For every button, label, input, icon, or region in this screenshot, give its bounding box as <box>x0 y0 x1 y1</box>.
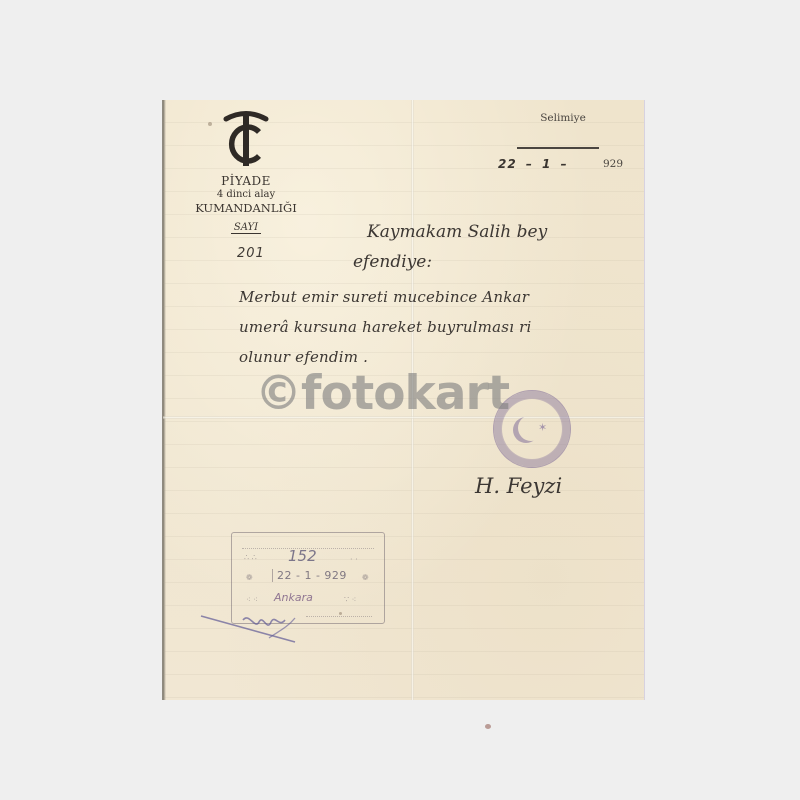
handwritten-date: 22 – 1 – <box>498 157 568 171</box>
stamp-script-mark: ∴ ∴ <box>244 553 257 562</box>
reference-number: 201 <box>237 246 265 261</box>
star-icon: ✶ <box>538 421 547 434</box>
copyright-watermark: ©fotokart <box>255 370 509 417</box>
letterhead-command: KUMANDANLIĞI <box>191 201 301 215</box>
signature: H. Feyzi <box>475 474 562 498</box>
body-line: Merbut emir sureti mucebince Ankar <box>239 288 529 306</box>
body-line: olunur efendim . <box>239 348 368 366</box>
stain-spot <box>208 122 212 126</box>
place-name: Selimiye <box>521 112 605 124</box>
image-viewer: PİYADE 4 dinci alay KUMANDANLIĞI SAYI 20… <box>0 0 800 800</box>
stamp-script-mark: ❁ <box>362 573 369 582</box>
stamp-registry-number: 152 <box>288 547 317 565</box>
body-line: umerâ kursuna hareket buyrulması ri <box>239 318 531 336</box>
place-underline <box>517 147 599 149</box>
stamp-date: 22 - 1 - 929 <box>272 569 347 582</box>
letterhead-regiment: 4 dinci alay <box>191 189 301 200</box>
stain-spot <box>485 724 491 729</box>
letterhead-number-label: SAYI <box>231 222 261 234</box>
letterhead: PİYADE 4 dinci alay KUMANDANLIĞI SAYI <box>191 110 301 234</box>
tc-monogram-icon <box>221 110 271 168</box>
stamp-city: Ankara <box>274 591 313 604</box>
letterhead-unit: PİYADE <box>191 174 301 188</box>
salutation-line-1: Kaymakam Salih bey <box>367 222 547 242</box>
printed-year: 929 <box>603 158 623 170</box>
stamp-script-mark: ∵ ⁖ <box>344 595 356 604</box>
paraph-initials <box>199 608 299 648</box>
stamp-script-mark: ⁖ ⁖ <box>246 595 258 604</box>
salutation-line-2: efendiye: <box>353 252 432 272</box>
stain-spot <box>339 612 342 615</box>
stamp-script-mark: ❁ <box>246 573 253 582</box>
stamp-script-mark: · · <box>350 555 358 564</box>
